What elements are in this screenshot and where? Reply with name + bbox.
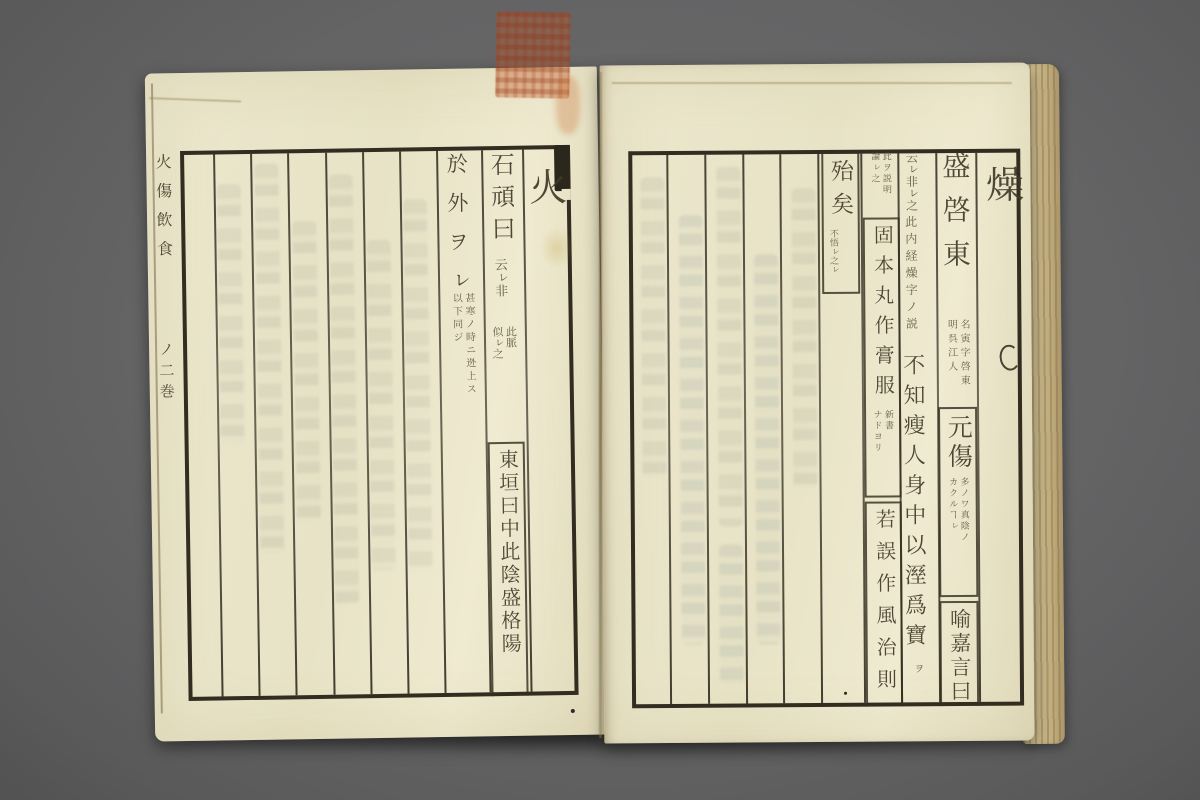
showthrough-smudge (791, 188, 817, 488)
warichu-left-line: カクルヿㇾ (948, 477, 958, 543)
boxed-note-kohongan-text: 固本丸作膏服 (871, 224, 892, 404)
annotation-sekigan-warichu: 此脈 似ㇾ之 (485, 326, 522, 360)
annotation-unhi-head: 云ㇾ非ㇾ之 (905, 151, 917, 211)
annotation-sekigan-sub: 云ㇾ非 (494, 258, 508, 297)
annotation-kohongan-head: 此ヲ説明 論ㇾ之 (862, 151, 898, 195)
showthrough-smudge (716, 167, 743, 527)
showthrough-smudge (679, 215, 706, 645)
boxed-note-yukagen-text: 喻嘉言曰 (948, 608, 970, 704)
showthrough-smudge (640, 177, 666, 477)
annotation-seikeito-warichu: 名寅字啓東 明呉江人 (937, 319, 975, 389)
right-page: 燥 盛啓東 名寅字啓東 明呉江人 元傷 多ノワ真陰ノ カクルヿㇾ 喻嘉言曰 云ㇾ… (600, 63, 1035, 744)
boxed-note-kohongan-warichu: 新書 ナドヨリ (867, 409, 899, 453)
showthrough-smudge (754, 254, 781, 644)
annotation-unhi-note: 此内経燥字ノ説 (905, 215, 918, 334)
ink-speck (571, 709, 575, 713)
annotation-ongai-main: 於外ヲㇾ (445, 153, 468, 309)
boxed-note-gensho: 元傷 多ノワ真陰ノ カクルヿㇾ (938, 407, 978, 597)
annotation-unhi-main: 不知瘦人身中以溼爲寶 (902, 353, 926, 653)
annotation-ongai-warichu: 甚寒ノ時ニ迯上ス 以下同ジ (442, 292, 482, 397)
boxed-note-togan: 東垣曰中此陰盛格陽 (488, 442, 529, 697)
boxed-note-taii: 殆矣 不悟ㇾ之ㇾ (821, 152, 860, 294)
column-rule (666, 155, 672, 704)
warichu-right-line: 多ノワ真陰ノ (959, 477, 969, 543)
annotation-seikeito-main: 盛啓東 (939, 151, 968, 283)
photo-of-open-book: 火傷飲食 ノ二巻 火 石頑曰 云ㇾ非 此脈 似ㇾ之 (0, 0, 1200, 800)
seal-stain (556, 76, 580, 134)
page-crease (149, 97, 241, 102)
warichu-left-line: 論ㇾ之 (870, 152, 880, 196)
left-page: 火傷飲食 ノ二巻 火 石頑曰 云ㇾ非 此脈 似ㇾ之 (145, 66, 607, 741)
showthrough-smudge (719, 545, 744, 685)
boxed-note-taii-text: 殆矣 (829, 159, 852, 225)
warichu-right-line: 此脈 (504, 326, 516, 359)
boxed-note-kohongan: 固本丸作膏服 新書 ナドヨリ (863, 217, 902, 497)
annotation-unhi-tail: ヲ (912, 663, 922, 673)
margin-volume-label: ノ二巻 (157, 341, 173, 404)
boxed-note-yukagen: 喻嘉言曰 (939, 601, 979, 706)
boxed-note-jakugosa-text: 若誤作風治則 (873, 508, 894, 700)
showthrough-smudge (217, 184, 245, 444)
warichu-right-line: 此ヲ説明 (881, 151, 891, 195)
warichu-right-line: 新書 (884, 409, 894, 453)
warichu-right-line: 甚寒ノ時ニ迯上ス (462, 292, 474, 396)
gutter-crease (599, 72, 602, 738)
boxed-note-jakugosa: 若誤作風治則 (865, 501, 903, 706)
warichu-left-line: ナドヨリ (872, 410, 882, 454)
boxed-note-gensho-warichu: 多ノワ真陰ノ カクルヿㇾ (941, 477, 975, 543)
boxed-note-gensho-text: 元傷 (945, 414, 970, 472)
warichu-right-line: 名寅字啓東 (957, 319, 968, 389)
boxed-note-togan-text: 東垣曰中此陰盛格陽 (496, 449, 519, 656)
section-heading-fire: 火 (524, 167, 563, 206)
warichu-left-line: 以下同ジ (450, 293, 462, 397)
warichu-left-line: 似ㇾ之 (490, 326, 502, 359)
margin-title: 火傷飲食 (153, 153, 171, 269)
paper-stain (540, 228, 574, 268)
section-heading-dryness: 燥 (981, 165, 1019, 203)
annotation-sekigan-main: 石頑曰 (487, 152, 513, 248)
page-crease (612, 82, 1012, 84)
ink-speck (844, 692, 847, 695)
showthrough-smudge (292, 221, 321, 521)
boxed-note-taii-gloss: 不悟ㇾ之ㇾ (829, 229, 838, 274)
warichu-left-line: 明呉江人 (945, 319, 956, 389)
